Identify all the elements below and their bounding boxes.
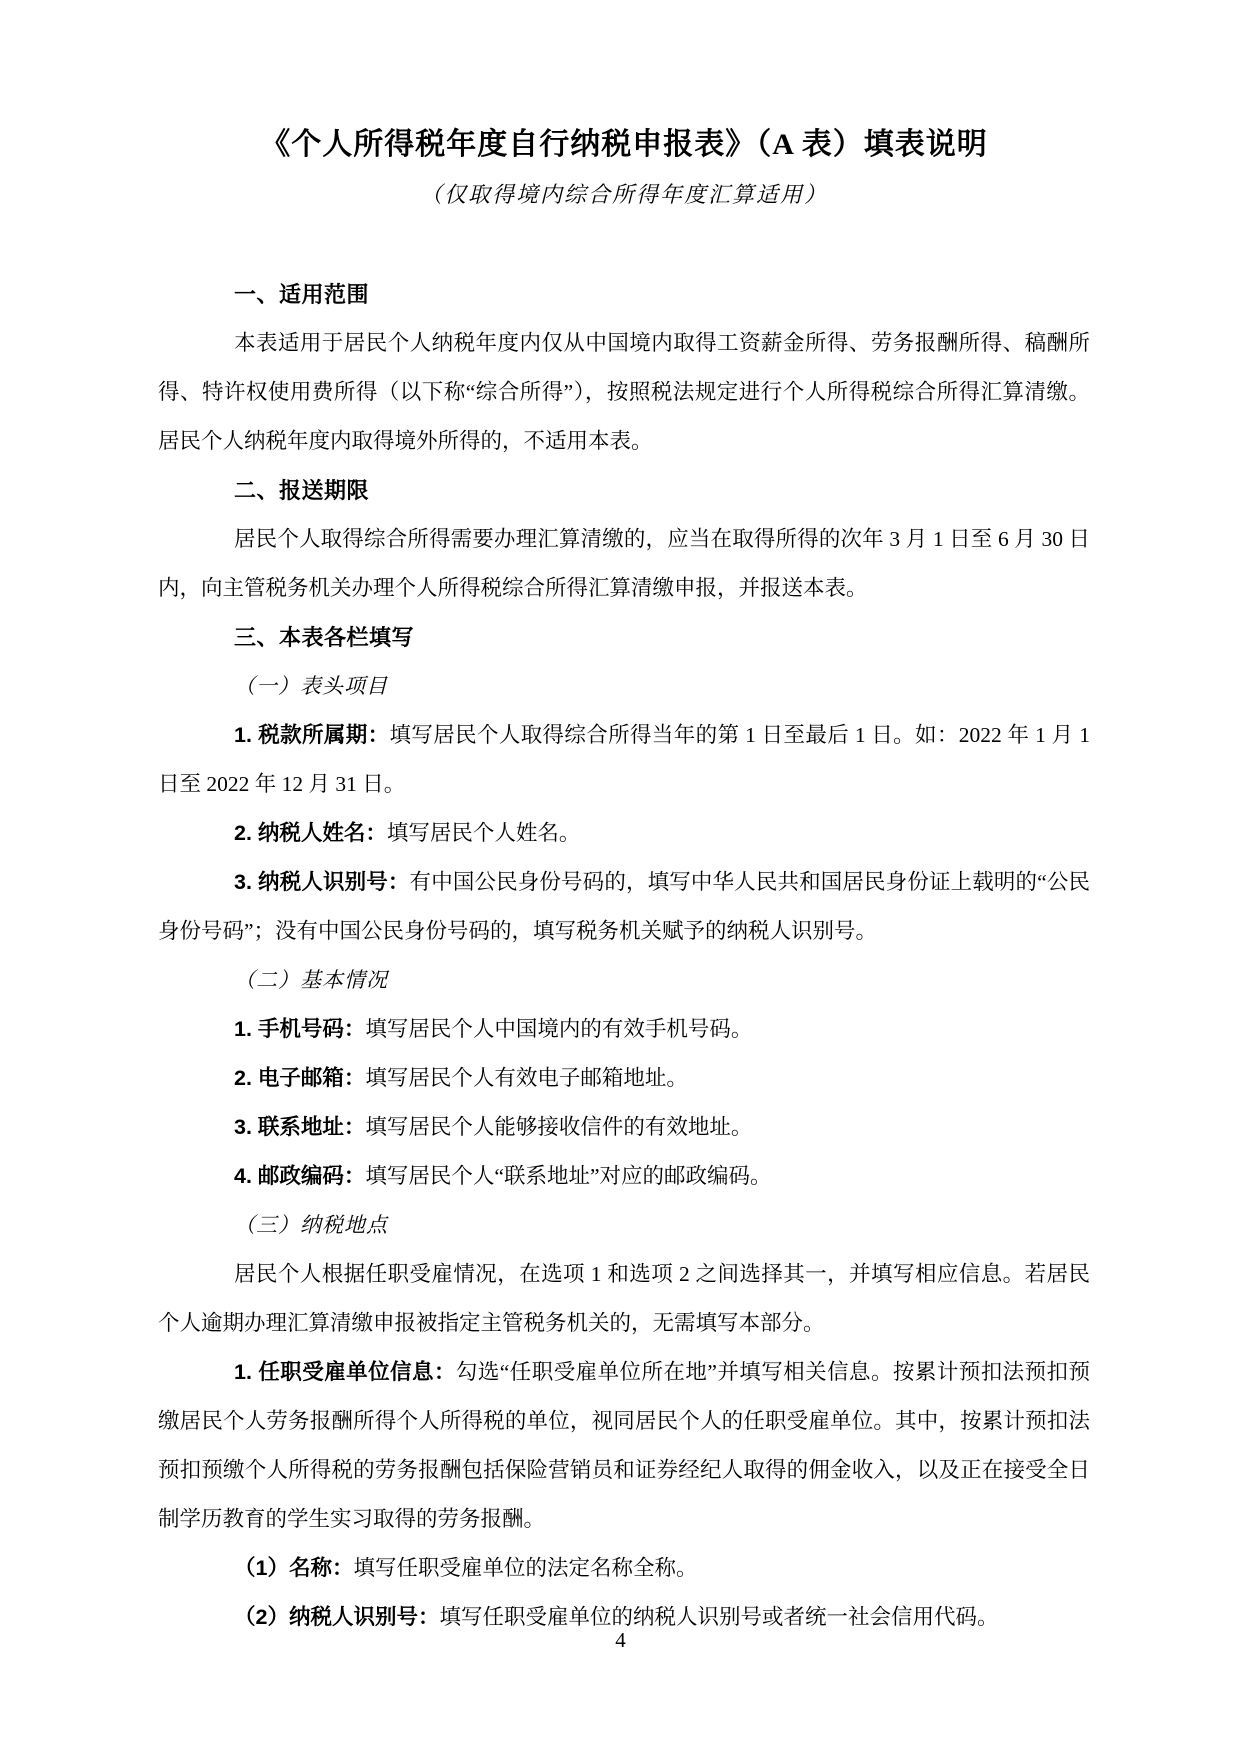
- item-paragraph: 1. 手机号码：填写居民个人中国境内的有效手机号码。: [158, 1005, 1090, 1054]
- document-page: 《个人所得税年度自行纳税申报表》（A 表）填表说明 （仅取得境内综合所得年度汇算…: [0, 0, 1241, 1754]
- page-number: 4: [0, 1626, 1241, 1654]
- item-paragraph: （1）名称：填写任职受雇单位的法定名称全称。: [158, 1544, 1090, 1593]
- page-subtitle: （仅取得境内综合所得年度汇算适用）: [158, 182, 1090, 208]
- section-heading: 二、报送期限: [158, 466, 1090, 515]
- item-label: 3. 联系地址：: [234, 1115, 365, 1139]
- item-text: 填写任职受雇单位的法定名称全称。: [353, 1556, 697, 1580]
- paragraph: 本表适用于居民个人纳税年度内仅从中国境内取得工资薪金所得、劳务报酬所得、稿酬所得…: [158, 319, 1090, 466]
- item-text: 填写居民个人姓名。: [387, 821, 581, 845]
- item-text: 填写居民个人中国境内的有效手机号码。: [365, 1017, 752, 1041]
- paragraph: 居民个人根据任职受雇情况，在选项 1 和选项 2 之间选择其一，并填写相应信息。…: [158, 1250, 1090, 1348]
- item-text: 填写居民个人有效电子邮箱地址。: [365, 1066, 688, 1090]
- page-title: 《个人所得税年度自行纳税申报表》（A 表）填表说明: [158, 126, 1090, 164]
- item-label: 2. 纳税人姓名：: [234, 821, 387, 845]
- sub-heading: （三）纳税地点: [158, 1201, 1090, 1250]
- item-label: 2. 电子邮箱：: [234, 1066, 365, 1090]
- item-label: 1. 任职受雇单位信息：: [234, 1360, 456, 1384]
- sub-heading: （二）基本情况: [158, 956, 1090, 1005]
- paragraph: 居民个人取得综合所得需要办理汇算清缴的，应当在取得所得的次年 3 月 1 日至 …: [158, 515, 1090, 613]
- item-text: 填写居民个人“联系地址”对应的邮政编码。: [365, 1164, 771, 1188]
- section-heading: 一、适用范围: [158, 270, 1090, 319]
- document-content: 《个人所得税年度自行纳税申报表》（A 表）填表说明 （仅取得境内综合所得年度汇算…: [158, 126, 1090, 1642]
- item-text: 填写居民个人能够接收信件的有效地址。: [365, 1115, 752, 1139]
- item-label: （1）名称：: [234, 1556, 353, 1580]
- item-label: 4. 邮政编码：: [234, 1164, 365, 1188]
- item-paragraph: 1. 税款所属期：填写居民个人取得综合所得当年的第 1 日至最后 1 日。如：2…: [158, 711, 1090, 809]
- item-label: 1. 手机号码：: [234, 1017, 365, 1041]
- item-label: 3. 纳税人识别号：: [234, 870, 410, 894]
- sub-heading: （一）表头项目: [158, 662, 1090, 711]
- section-heading: 三、本表各栏填写: [158, 613, 1090, 662]
- item-text: 勾选“任职受雇单位所在地”并填写相关信息。按累计预扣法预扣预缴居民个人劳务报酬所…: [158, 1360, 1090, 1531]
- item-paragraph: 4. 邮政编码：填写居民个人“联系地址”对应的邮政编码。: [158, 1152, 1090, 1201]
- document-body: 一、适用范围本表适用于居民个人纳税年度内仅从中国境内取得工资薪金所得、劳务报酬所…: [158, 270, 1090, 1642]
- item-paragraph: 1. 任职受雇单位信息：勾选“任职受雇单位所在地”并填写相关信息。按累计预扣法预…: [158, 1348, 1090, 1544]
- item-label: 1. 税款所属期：: [234, 723, 389, 747]
- item-paragraph: 3. 联系地址：填写居民个人能够接收信件的有效地址。: [158, 1103, 1090, 1152]
- item-paragraph: 3. 纳税人识别号：有中国公民身份号码的，填写中华人民共和国居民身份证上载明的“…: [158, 858, 1090, 956]
- item-paragraph: 2. 电子邮箱：填写居民个人有效电子邮箱地址。: [158, 1054, 1090, 1103]
- item-paragraph: 2. 纳税人姓名：填写居民个人姓名。: [158, 809, 1090, 858]
